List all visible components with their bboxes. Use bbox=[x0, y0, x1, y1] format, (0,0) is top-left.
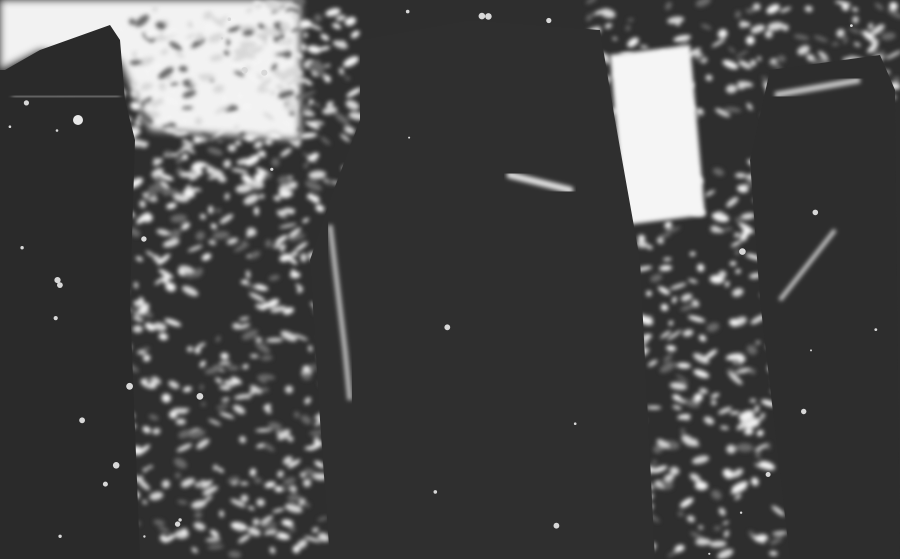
photo-scene bbox=[0, 0, 900, 559]
left-figure bbox=[0, 25, 140, 559]
cap-badge bbox=[73, 115, 83, 125]
central-figure bbox=[310, 20, 655, 559]
cap-band bbox=[12, 96, 120, 97]
photograph bbox=[0, 0, 900, 559]
